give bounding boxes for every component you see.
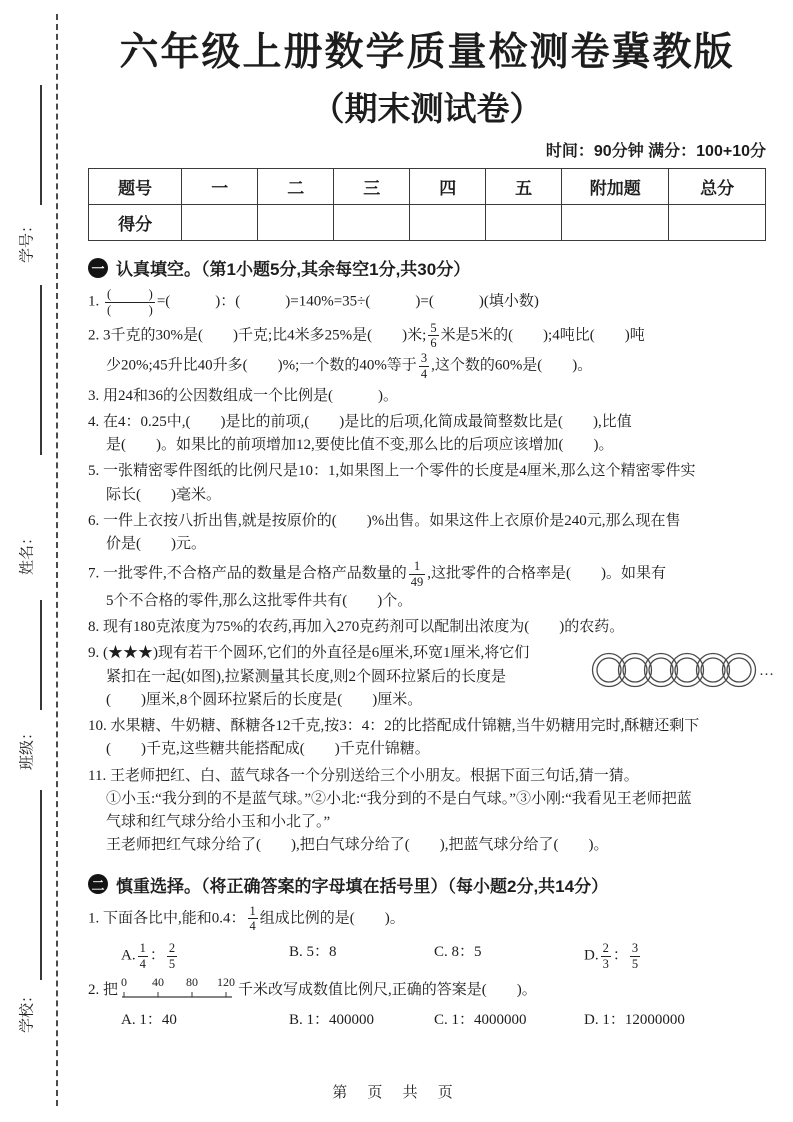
fraction-denominator: 4: [419, 366, 429, 382]
fraction-numerator: 1: [248, 904, 258, 919]
fraction: 149: [409, 559, 426, 590]
option-D: D.23：35: [584, 941, 766, 972]
score-empty-cell-2: [258, 205, 334, 241]
section-2-badge-icon: 二: [88, 874, 108, 894]
option-D: D. 1：12000000: [584, 1009, 766, 1032]
text-run: 9. (★★★)现有若干个圆环,它们的外直径是6厘米,环宽1厘米,将它们 紧扣在…: [88, 645, 529, 708]
score-header-cell-4: 四: [410, 169, 486, 205]
score-header-cell-6: 附加题: [562, 169, 669, 205]
text-run: 1.: [88, 294, 103, 310]
section-1-title: 认真填空。（第1小题5分,其余每空1分,共30分）: [116, 255, 470, 280]
section-1-question-7: 7. 一批零件,不合格产品的数量是合格产品数量的149,这批零件的合格率是( )…: [88, 559, 766, 613]
student-number-write-line: [40, 85, 42, 205]
section-1-question-8: 8. 现有180克浓度为75%的农药,再加入270克药剂可以配制出浓度为( )的…: [88, 616, 766, 639]
question-options: A.14：25B. 5：8C. 8：5D.23：35: [106, 941, 766, 972]
fraction: 23: [601, 941, 611, 972]
score-header-cell-7: 总分: [669, 169, 766, 205]
section-2-question-1: 1. 下面各比中,能和0.4：14组成比例的是( )。A.14：25B. 5：8…: [88, 904, 766, 972]
fold-dashed-line: [56, 14, 58, 1106]
class-label: 班级：: [16, 707, 37, 789]
text-run: B. 5：8: [289, 944, 337, 960]
fraction-numerator: 3: [630, 941, 640, 956]
section-1-question-9: …9. (★★★)现有若干个圆环,它们的外直径是6厘米,环宽1厘米,将它们 紧扣…: [88, 642, 766, 712]
fraction-denominator: 3: [601, 956, 611, 972]
school-label: 学校：: [16, 970, 37, 1052]
text-run: ：: [613, 948, 628, 964]
section-1-header: 一认真填空。（第1小题5分,其余每空1分,共30分）: [88, 255, 766, 280]
fraction: 35: [630, 941, 640, 972]
text-run: ：: [150, 948, 165, 964]
fraction-numerator: 5: [428, 321, 438, 336]
section-1-question-5: 5. 一张精密零件图纸的比例尺是10：1,如果图上一个零件的长度是4厘米,那么这…: [88, 460, 766, 507]
text-run: 11. 王老师把红、白、蓝气球各一个分别送给三个小朋友。根据下面三句话,猜一猜。…: [88, 768, 692, 854]
score-header-cell-3: 三: [334, 169, 410, 205]
rings-svg: …: [590, 642, 782, 698]
score-empty-cell-4: [410, 205, 486, 241]
student-name-write-line: [40, 285, 42, 455]
fraction: 34: [419, 351, 429, 382]
text-run: 2. 把: [88, 982, 118, 998]
score-row-label: 得分: [89, 205, 182, 241]
fraction-denominator: 4: [138, 956, 148, 972]
fraction-numerator: 3: [419, 351, 429, 366]
score-table-header-row: 题号一二三四五附加题总分: [89, 169, 766, 205]
text-run: D. 1：12000000: [584, 1012, 685, 1028]
fraction-numerator: ( ): [105, 287, 155, 302]
fraction-denominator: 4: [248, 918, 258, 934]
text-run: D.: [584, 948, 599, 964]
svg-text:40: 40: [152, 975, 164, 989]
text-run: C. 1：4000000: [434, 1012, 527, 1028]
fraction-numerator: 2: [601, 941, 611, 956]
fraction-numerator: 1: [138, 941, 148, 956]
exam-paper-page: 学号： 姓名： 班级： 学校： 六年级上册数学质量检测卷冀教版 （期末测试卷） …: [0, 0, 793, 1122]
fraction-denominator: 49: [409, 574, 426, 590]
text-run: ,这个数的60%是( )。: [431, 358, 592, 374]
fraction-denominator: ( ): [105, 302, 155, 318]
fraction-denominator: 5: [167, 956, 177, 972]
score-empty-cell-1: [182, 205, 258, 241]
score-empty-cell-5: [486, 205, 562, 241]
text-run: 4. 在4：0.25中,( )是比的前项,( )是比的后项,化简成最简整数比是(…: [88, 414, 632, 453]
score-table: 题号一二三四五附加题总分 得分: [88, 168, 766, 241]
option-B: B. 1：400000: [289, 1009, 434, 1032]
question-options: A. 1：40B. 1：400000C. 1：4000000D. 1：12000…: [106, 1009, 766, 1032]
text-run: 2. 3千克的30%是( )千克;比4米多25%是( )米;: [88, 327, 426, 343]
questions-area: 一认真填空。（第1小题5分,其余每空1分,共30分）1. ( )( )=( )：…: [88, 255, 766, 1032]
score-header-cell-0: 题号: [89, 169, 182, 205]
score-header-cell-2: 二: [258, 169, 334, 205]
score-empty-cell-3: [334, 205, 410, 241]
text-run: 5. 一张精密零件图纸的比例尺是10：1,如果图上一个零件的长度是4厘米,那么这…: [88, 463, 696, 502]
fraction-numerator: 1: [409, 559, 426, 574]
section-1-badge-icon: 一: [88, 258, 108, 278]
score-empty-cell-7: [669, 205, 766, 241]
fraction: 14: [138, 941, 148, 972]
section-2-title: 慎重选择。（将正确答案的字母填在括号里）（每小题2分,共14分）: [116, 872, 608, 897]
fraction: 25: [167, 941, 177, 972]
svg-text:…: …: [759, 663, 774, 679]
section-2-question-2: 2. 把04080120千米改写成数值比例尺,正确的答案是( )。A. 1：40…: [88, 975, 766, 1033]
text-run: 组成比例的是( )。: [260, 910, 405, 926]
page-subtitle: （期末测试卷）: [88, 89, 766, 129]
option-B: B. 5：8: [289, 941, 434, 972]
section-1-question-6: 6. 一件上衣按八折出售,就是按原价的( )%出售。如果这件上衣原价是240元,…: [88, 510, 766, 557]
student-number-label: 学号：: [16, 200, 37, 282]
section-1-question-2: 2. 3千克的30%是( )千克;比4米多25%是( )米;56米是5米的( )…: [88, 321, 766, 382]
score-empty-cell-6: [562, 205, 669, 241]
section-1-question-3: 3. 用24和36的公因数组成一个比例是( )。: [88, 385, 766, 408]
page-footer: 第 页 共 页: [0, 1081, 793, 1102]
fraction-denominator: 6: [428, 335, 438, 351]
section-1-question-10: 10. 水果糖、牛奶糖、酥糖各12千克,按3：4：2的比搭配成什锦糖,当牛奶糖用…: [88, 715, 766, 762]
option-C: C. 1：4000000: [434, 1009, 584, 1032]
fraction-denominator: 5: [630, 956, 640, 972]
svg-text:80: 80: [186, 975, 198, 989]
text-run: 10. 水果糖、牛奶糖、酥糖各12千克,按3：4：2的比搭配成什锦糖,当牛奶糖用…: [88, 718, 699, 757]
text-run: A. 1：40: [121, 1012, 177, 1028]
text-run: 8. 现有180克浓度为75%的农药,再加入270克药剂可以配制出浓度为( )的…: [88, 619, 624, 635]
fraction: ( )( ): [105, 287, 155, 318]
text-run: 7. 一批零件,不合格产品的数量是合格产品数量的: [88, 566, 407, 582]
text-run: 千米改写成数值比例尺,正确的答案是( )。: [238, 982, 537, 998]
text-run: C. 8：5: [434, 944, 482, 960]
page-title: 六年级上册数学质量检测卷冀教版: [88, 30, 766, 77]
score-table-value-row: 得分: [89, 205, 766, 241]
section-1-question-11: 11. 王老师把红、白、蓝气球各一个分别送给三个小朋友。根据下面三句话,猜一猜。…: [88, 765, 766, 858]
score-header-cell-1: 一: [182, 169, 258, 205]
text-run: 1. 下面各比中,能和0.4：: [88, 910, 246, 926]
text-run: B. 1：400000: [289, 1012, 374, 1028]
time-score-info: 时间：90分钟 满分：100+10分: [88, 142, 766, 163]
map-scale-bar: 04080120: [119, 975, 237, 1000]
class-write-line: [40, 600, 42, 710]
text-run: 6. 一件上衣按八折出售,就是按原价的( )%出售。如果这件上衣原价是240元,…: [88, 513, 681, 552]
option-C: C. 8：5: [434, 941, 584, 972]
rings-illustration: …: [590, 642, 782, 706]
text-run: A.: [121, 948, 136, 964]
fraction-numerator: 2: [167, 941, 177, 956]
main-content: 六年级上册数学质量检测卷冀教版 （期末测试卷） 时间：90分钟 满分：100+1…: [88, 30, 766, 1035]
section-1-question-1: 1. ( )( )=( )：( )=140%=35÷( )=( )(填小数): [88, 287, 766, 318]
svg-text:120: 120: [217, 975, 235, 989]
score-header-cell-5: 五: [486, 169, 562, 205]
fraction: 14: [248, 904, 258, 935]
option-A: A.14：25: [121, 941, 289, 972]
text-run: 3. 用24和36的公因数组成一个比例是( )。: [88, 388, 398, 404]
text-run: =( )：( )=140%=35÷( )=( )(填小数): [157, 294, 539, 310]
svg-text:0: 0: [121, 975, 127, 989]
option-A: A. 1：40: [121, 1009, 289, 1032]
student-name-label: 姓名：: [16, 512, 37, 594]
school-write-line: [40, 790, 42, 980]
section-1-question-4: 4. 在4：0.25中,( )是比的前项,( )是比的后项,化简成最简整数比是(…: [88, 411, 766, 458]
fraction: 56: [428, 321, 438, 352]
section-2-header: 二慎重选择。（将正确答案的字母填在括号里）（每小题2分,共14分）: [88, 872, 766, 897]
